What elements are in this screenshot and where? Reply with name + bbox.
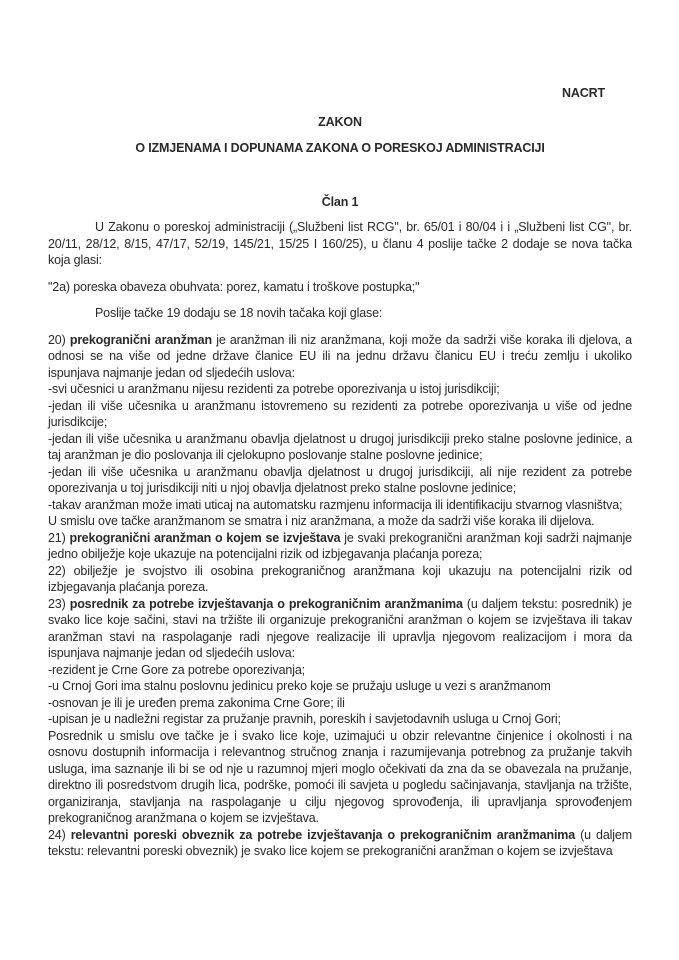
text-run: -jedan ili više učesnika u aranžmanu ist… bbox=[48, 399, 632, 430]
text-run-bold: prekogranični aranžman o kojem se izvješ… bbox=[69, 531, 340, 545]
text-run: -osnovan je ili je uređen prema zakonima… bbox=[48, 696, 345, 710]
text-run: -takav aranžman može imati uticaj na aut… bbox=[48, 498, 622, 512]
para-point-20-dash-1: -svi učesnici u aranžmanu nijesu reziden… bbox=[48, 381, 632, 398]
text-run-bold: posrednik za potrebe izvještavanja o pre… bbox=[70, 597, 463, 611]
para-point-22: 22) obilježje je svojstvo ili osobina pr… bbox=[48, 563, 632, 596]
text-run: -jedan ili više učesnika u aranžmanu oba… bbox=[48, 465, 632, 496]
para-point-20-dash-3: -jedan ili više učesnika u aranžmanu oba… bbox=[48, 431, 632, 464]
text-run: "2a) poreska obaveza obuhvata: porez, ka… bbox=[48, 280, 419, 294]
text-run: 23) bbox=[48, 597, 70, 611]
para-point-20-dash-4: -jedan ili više učesnika u aranžmanu oba… bbox=[48, 464, 632, 497]
law-subtitle: O IZMJENAMA I DOPUNAMA ZAKONA O PORESKOJ… bbox=[48, 141, 632, 156]
text-run: Poslije tačke 19 dodaju se 18 novih tača… bbox=[95, 306, 382, 320]
para-new-points-intro: Poslije tačke 19 dodaju se 18 novih tača… bbox=[48, 305, 632, 322]
text-run: -rezident je Crne Gore za potrebe oporez… bbox=[48, 663, 305, 677]
article-heading: Član 1 bbox=[48, 195, 632, 210]
para-point-20-dash-2: -jedan ili više učesnika u aranžmanu ist… bbox=[48, 398, 632, 431]
para-point-23-dash-2: -u Crnoj Gori ima stalnu poslovnu jedini… bbox=[48, 678, 632, 695]
para-point-20: 20) prekogranični aranžman je aranžman i… bbox=[48, 332, 632, 382]
para-point-20-dash-5: -takav aranžman može imati uticaj na aut… bbox=[48, 497, 632, 514]
document-body: U Zakonu o poreskoj administraciji („Slu… bbox=[48, 219, 632, 860]
text-run: 21) bbox=[48, 531, 69, 545]
text-run: Posrednik u smislu ove tačke je i svako … bbox=[48, 729, 632, 826]
text-run: -upisan je u nadležni registar za pružan… bbox=[48, 712, 561, 726]
text-run-bold: relevantni poreski obveznik za potrebe i… bbox=[71, 828, 575, 842]
document-page: NACRT ZAKON O IZMJENAMA I DOPUNAMA ZAKON… bbox=[0, 0, 679, 960]
para-point-23-dash-4: -upisan je u nadležni registar za pružan… bbox=[48, 711, 632, 728]
para-point-20-closing: U smislu ove tačke aranžmanom se smatra … bbox=[48, 513, 632, 530]
para-point-23-dash-3: -osnovan je ili je uređen prema zakonima… bbox=[48, 695, 632, 712]
text-run: 24) bbox=[48, 828, 71, 842]
para-point-23: 23) posrednik za potrebe izvještavanja o… bbox=[48, 596, 632, 662]
text-run: U Zakonu o poreskoj administraciji („Slu… bbox=[48, 220, 632, 267]
para-intro: U Zakonu o poreskoj administraciji („Slu… bbox=[48, 219, 632, 269]
law-title: ZAKON bbox=[48, 115, 632, 130]
text-run: -u Crnoj Gori ima stalnu poslovnu jedini… bbox=[48, 679, 551, 693]
para-point-24: 24) relevantni poreski obveznik za potre… bbox=[48, 827, 632, 860]
draft-label: NACRT bbox=[48, 86, 632, 101]
text-run-bold: prekogranični aranžman bbox=[70, 333, 212, 347]
para-point-23-dash-1: -rezident je Crne Gore za potrebe oporez… bbox=[48, 662, 632, 679]
para-point-23-closing: Posrednik u smislu ove tačke je i svako … bbox=[48, 728, 632, 827]
para-point-21: 21) prekogranični aranžman o kojem se iz… bbox=[48, 530, 632, 563]
text-run: U smislu ove tačke aranžmanom se smatra … bbox=[48, 514, 595, 528]
text-run: -svi učesnici u aranžmanu nijesu reziden… bbox=[48, 382, 500, 396]
text-run: -jedan ili više učesnika u aranžmanu oba… bbox=[48, 432, 632, 463]
para-point-2a: "2a) poreska obaveza obuhvata: porez, ka… bbox=[48, 279, 632, 296]
text-run: 20) bbox=[48, 333, 70, 347]
text-run: 22) obilježje je svojstvo ili osobina pr… bbox=[48, 564, 632, 595]
